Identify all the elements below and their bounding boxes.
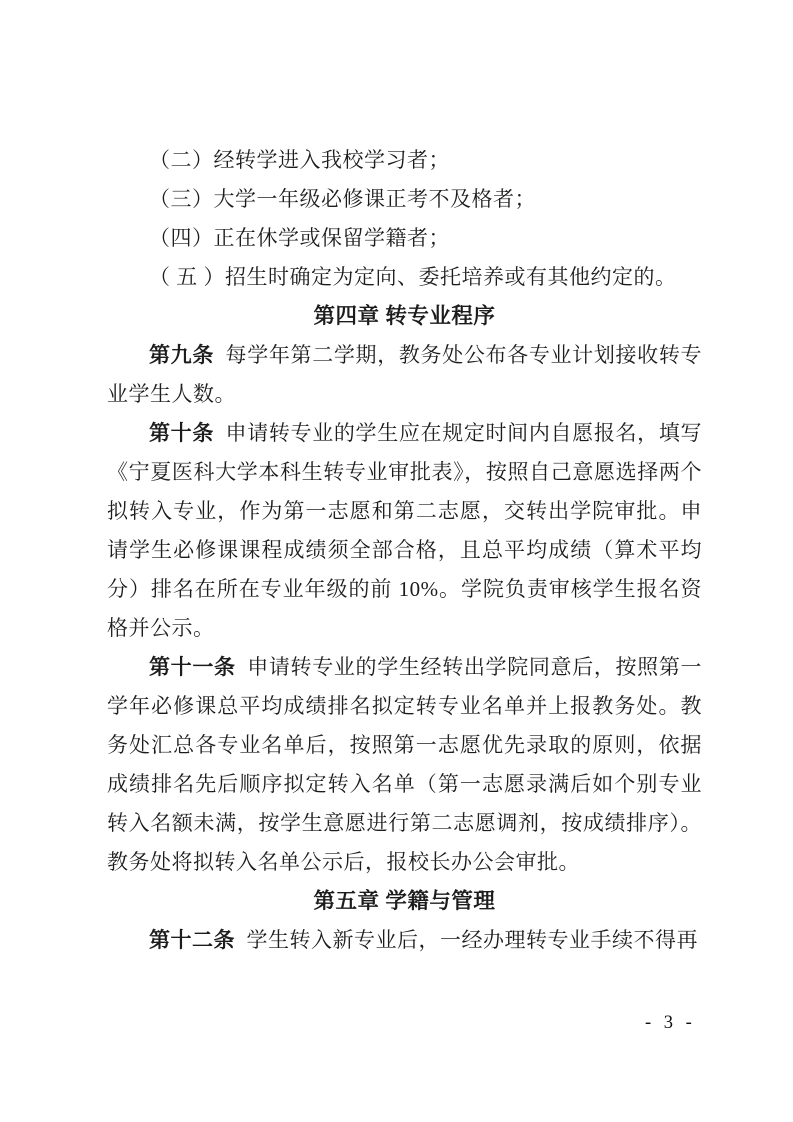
chapter-heading-4: 第四章 转专业程序 xyxy=(107,297,702,336)
article-paragraph-11: 第十一条申请转专业的学生经转出学院同意后，按照第一学年必修课总平均成绩排名拟定转… xyxy=(107,648,702,882)
document-body: （二）经转学进入我校学习者； （三）大学一年级必修课正考不及格者； （四）正在休… xyxy=(107,141,702,960)
chapter-heading-5: 第五章 学籍与管理 xyxy=(107,882,702,921)
page-number: - 3 - xyxy=(645,1013,696,1034)
article-paragraph-12: 第十二条学生转入新专业后，一经办理转专业手续不得再 xyxy=(107,921,702,960)
clause-item-2: （二）经转学进入我校学习者； xyxy=(107,141,702,180)
article-11-text: 申请转专业的学生经转出学院同意后，按照第一学年必修课总平均成绩排名拟定转专业名单… xyxy=(107,655,702,874)
article-11-number: 第十一条 xyxy=(149,655,236,679)
article-12-text: 学生转入新专业后，一经办理转专业手续不得再 xyxy=(247,928,699,952)
article-12-number: 第十二条 xyxy=(149,928,235,952)
clause-item-4: （四）正在休学或保留学籍者； xyxy=(107,219,702,258)
article-10-number: 第十条 xyxy=(149,421,214,445)
clause-item-5: （ 五 ）招生时确定为定向、委托培养或有其他约定的。 xyxy=(107,258,702,297)
article-paragraph-9: 第九条每学年第二学期，教务处公布各专业计划接收转专业学生人数。 xyxy=(107,336,702,414)
article-10-text: 申请转专业的学生应在规定时间内自愿报名，填写《宁夏医科大学本科生转专业审批表》，… xyxy=(107,421,702,640)
clause-item-3: （三）大学一年级必修课正考不及格者； xyxy=(107,180,702,219)
document-page: （二）经转学进入我校学习者； （三）大学一年级必修课正考不及格者； （四）正在休… xyxy=(0,0,793,1122)
article-9-number: 第九条 xyxy=(149,343,214,367)
article-paragraph-10: 第十条申请转专业的学生应在规定时间内自愿报名，填写《宁夏医科大学本科生转专业审批… xyxy=(107,414,702,648)
